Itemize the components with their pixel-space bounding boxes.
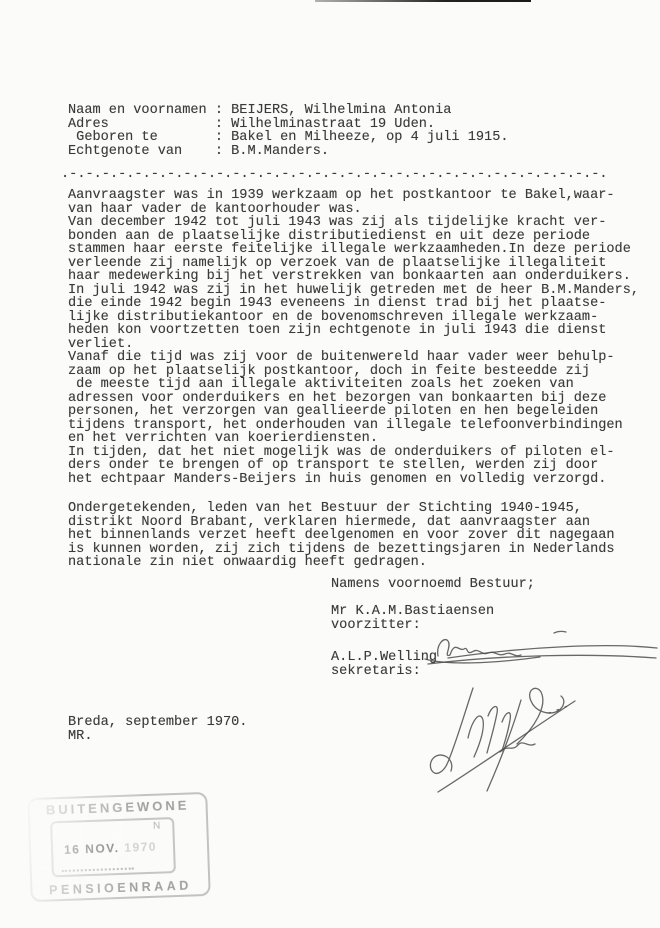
- scan-edge-artifact: [315, 0, 531, 2]
- receipt-stamp: BUITENGEWONE N 16 NOV. 1970 PENSIOENRAAD: [27, 792, 211, 902]
- secretary-signature-line-icon: [428, 655, 656, 664]
- secretary-signature-icon: [430, 688, 575, 792]
- stamp-fade-overlay: [25, 790, 213, 904]
- chairman-signature-icon: [425, 631, 657, 663]
- scanned-letter-page: Naam en voornamen : BEIJERS, Wilhelmina …: [0, 0, 660, 928]
- place-date-initials: Breda, september 1970. MR.: [68, 716, 247, 743]
- body-paragraph-declaration: Ondergetekenden, leden van het Bestuur d…: [68, 502, 615, 570]
- chairman-name-title: Mr K.A.M.Bastiaensen voorzitter:: [331, 605, 494, 632]
- body-paragraph-resistance-history: Aanvraagster was in 1939 werkzaam op het…: [68, 189, 639, 486]
- secretary-name-title: A.L.P.Welling sekretaris:: [331, 651, 437, 678]
- addressee-details-block: Naam en voornamen : BEIJERS, Wilhelmina …: [68, 104, 509, 158]
- on-behalf-line: Namens voornoemd Bestuur;: [331, 578, 535, 592]
- dashed-separator: .-.-.-.-.-.-.-.-.-.-.-.-.-.-.-.-.-.-.-.-…: [61, 168, 627, 182]
